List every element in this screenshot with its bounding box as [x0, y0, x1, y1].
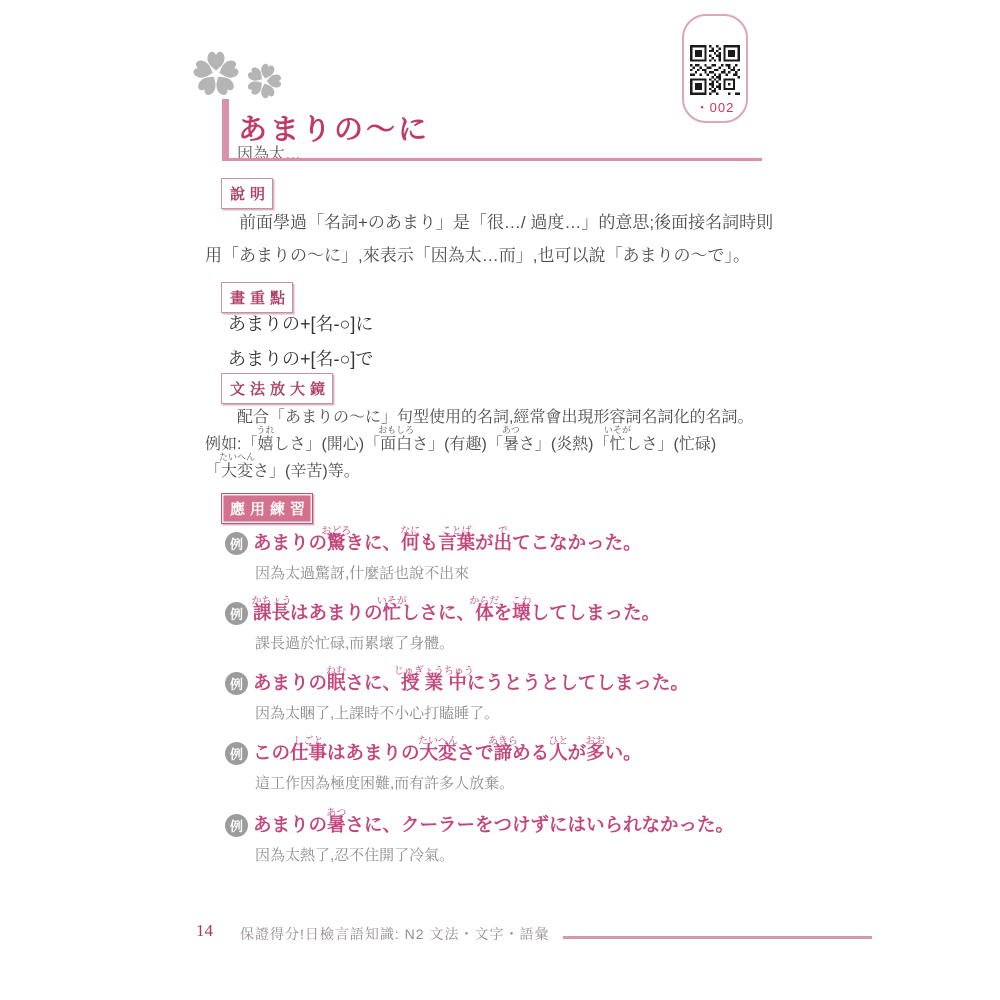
footer-book-title: 保證得分!日檢言語知識: N2 文法・文字・語彙 [240, 924, 549, 944]
grammar-magnifier-line: 「大変たいへんさ」(辛苦)等。 [205, 458, 753, 485]
example-badge: 例 [225, 742, 248, 765]
example-translation: 因為太過驚訝,什麼話也說不出來 [255, 562, 825, 583]
grammar-magnifier-line: 配合「あまりの〜に」句型使用的名詞,經常會出現形容詞名詞化的名詞。 [205, 404, 753, 431]
example-sentence: あまりの眠ねむさに、授 業 中じゅぎょうちゅうにうとうとしてしまった。 [253, 658, 825, 694]
explanation-line: 用「あまりの〜に」,來表示「因為太…而」,也可以說「あまりの〜で」。 [205, 239, 805, 272]
qr-track-number: ・002 [696, 97, 735, 116]
example-badge: 例 [225, 532, 248, 555]
explanation-line: 前面學過「名詞+のあまり」是「很…/ 過度…」的意思;後面接名詞時則 [205, 206, 805, 239]
section-label-grammar-magnifier: 文法放大鏡 [221, 373, 333, 404]
example-badge: 例 [225, 672, 248, 695]
qr-capsule: ・002 [682, 14, 748, 123]
example-translation: 課長過於忙碌,而累壞了身體。 [255, 632, 825, 653]
sakura-flower-icon [190, 47, 242, 101]
section-label-keypoints: 畫重點 [221, 282, 293, 313]
section-label-explanation: 說明 [221, 178, 273, 209]
key-point-pattern: あまりの+[名-○]で [228, 345, 373, 371]
grammar-magnifier-paragraph: 配合「あまりの〜に」句型使用的名詞,經常會出現形容詞名詞化的名詞。 例如:「嬉う… [205, 404, 753, 485]
page-number: 14 [196, 921, 213, 941]
example-block: 例 あまりの驚おどろきに、何なにも言葉ことばが出でてこなかった。 因為太過驚訝,… [225, 518, 825, 583]
example-sentence: あまりの驚おどろきに、何なにも言葉ことばが出でてこなかった。 [253, 518, 825, 554]
key-point-pattern: あまりの+[名-○]に [228, 310, 373, 336]
example-sentence: この仕事しごとはあまりの大変たいへんさで諦あきらめる人ひとが多おおい。 [253, 728, 825, 764]
grammar-magnifier-line: 例如:「嬉うれしさ」(開心)「面白おもしろさ」(有趣)「暑あつさ」(炎熱)「忙い… [205, 431, 753, 458]
example-badge: 例 [225, 814, 248, 837]
example-sentence: 課長かちょうはあまりの忙いそがしさに、体からだを壊こわしてしまった。 [253, 588, 825, 624]
title-rule [222, 158, 762, 161]
example-badge: 例 [225, 602, 248, 625]
example-translation: 這工作因為極度困難,而有許多人放棄。 [255, 772, 825, 793]
example-translation: 因為太熱了,忍不住開了冷氣。 [255, 844, 825, 865]
sakura-flower-icon [238, 55, 289, 107]
example-translation: 因為太睏了,上課時不小心打瞌睡了。 [255, 702, 825, 723]
textbook-page: ・002 あまりの〜に 因為太… 說明 前面學過「名詞+のあまり」是「很…/ 過… [0, 0, 1000, 1000]
example-block: 例 この仕事しごとはあまりの大変たいへんさで諦あきらめる人ひとが多おおい。 這工… [225, 728, 825, 793]
footer-rule [563, 936, 872, 939]
example-sentence: あまりの暑あつさに、クーラーをつけずにはいられなかった。 [253, 800, 825, 836]
example-block: 例 あまりの眠ねむさに、授 業 中じゅぎょうちゅうにうとうとしてしまった。 因為… [225, 658, 825, 723]
example-block: 例 課長かちょうはあまりの忙いそがしさに、体からだを壊こわしてしまった。 課長過… [225, 588, 825, 653]
qr-code-icon [690, 45, 740, 95]
explanation-paragraph: 前面學過「名詞+のあまり」是「很…/ 過度…」的意思;後面接名詞時則 用「あまり… [205, 206, 805, 272]
example-block: 例 あまりの暑あつさに、クーラーをつけずにはいられなかった。 因為太熱了,忍不住… [225, 800, 825, 865]
title-accent-bar [222, 99, 229, 161]
